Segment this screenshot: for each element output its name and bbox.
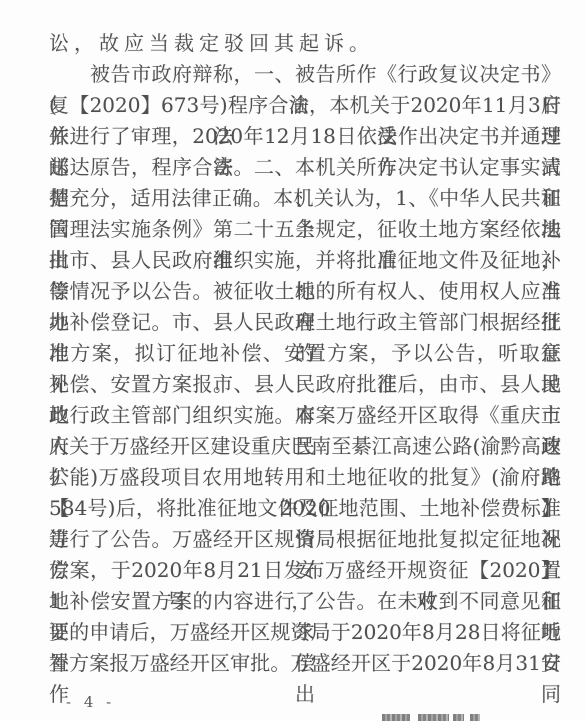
text-fragment bbox=[470, 714, 480, 721]
text-line: 并进行了审理，2020年12月18日依法作出决定书并通过邮寄方式 bbox=[49, 121, 561, 152]
text-line: 送达原告，程序合法。二、本机关所作决定书认定事实清楚、证 bbox=[49, 152, 561, 183]
cut-off-text-fragments bbox=[382, 714, 480, 721]
text-line: 管理法实施条例》第二十五条规定，征收土地方案经依法批准后， bbox=[49, 214, 561, 245]
text-line: 补偿、安置方案报市、县人民政府批准后，由市、县人民政府土 bbox=[49, 369, 561, 400]
text-line: 证的申请后，万盛经开区规资局于2020年8月28日将征地补偿安 bbox=[49, 617, 561, 648]
text-line: 府关于万盛经开区建设重庆巴南至綦江高速公路(渝黔高速公路 bbox=[49, 431, 561, 462]
text-line: 地补偿安置方案的内容进行了公告。在未收到不同意见和要求听 bbox=[49, 586, 561, 617]
text-line: 讼，故应当裁定驳回其起诉。 bbox=[49, 28, 561, 59]
text-line: 复【2020】673号)程序合法，本机关于2020年11月3日依法受理 bbox=[49, 90, 561, 121]
text-line: 地方案，拟订征地补偿、安置方案，予以公告，听取意见。征地 bbox=[49, 338, 561, 369]
scanned-court-document-page: 讼，故应当裁定驳回其起诉。 被告市政府辩称，一、被告所作《行政复议决定书》(渝府… bbox=[0, 0, 586, 721]
text-line: 584号)后，将批准征地文件及征地范围、土地补偿费标准等情况 bbox=[49, 493, 561, 524]
text-line: 地行政主管部门组织实施。本案万盛经开区取得《重庆市人民政 bbox=[49, 400, 561, 431]
text-line: 等情况予以公告。被征收土地的所有权人、使用权人应当办理征 bbox=[49, 276, 561, 307]
text-line: 地补偿登记。市、县人民政府土地行政主管部门根据经批准的征 bbox=[49, 307, 561, 338]
text-line: 据充分，适用法律正确。本机关认为，1、《中华人民共和国土地 bbox=[49, 183, 561, 214]
body-text: 讼，故应当裁定驳回其起诉。 被告市政府辩称，一、被告所作《行政复议决定书》(渝府… bbox=[49, 28, 561, 679]
text-fragment bbox=[382, 714, 410, 721]
text-line: 置方案报万盛经开区审批。万盛经开区于2020年8月31日作出同 bbox=[49, 648, 561, 679]
text-line: 扩能)万盛段项目农用地转用和土地征收的批复》(渝府地【2020】 bbox=[49, 462, 561, 493]
text-line: 方案，于2020年8月21日发布万盛经开规资征【2020】1号，对征 bbox=[49, 555, 561, 586]
text-fragment bbox=[418, 714, 449, 721]
page-number: - 4 - bbox=[66, 692, 115, 712]
text-line: 被告市政府辩称，一、被告所作《行政复议决定书》(渝府 bbox=[49, 59, 561, 90]
text-line: 由市、县人民政府组织实施，并将批准征地文件及征地补偿标准 bbox=[49, 245, 561, 276]
text-line: 进行了公告。万盛经开区规资局根据征地批复拟定征地补偿安置 bbox=[49, 524, 561, 555]
text-fragment bbox=[453, 714, 464, 721]
